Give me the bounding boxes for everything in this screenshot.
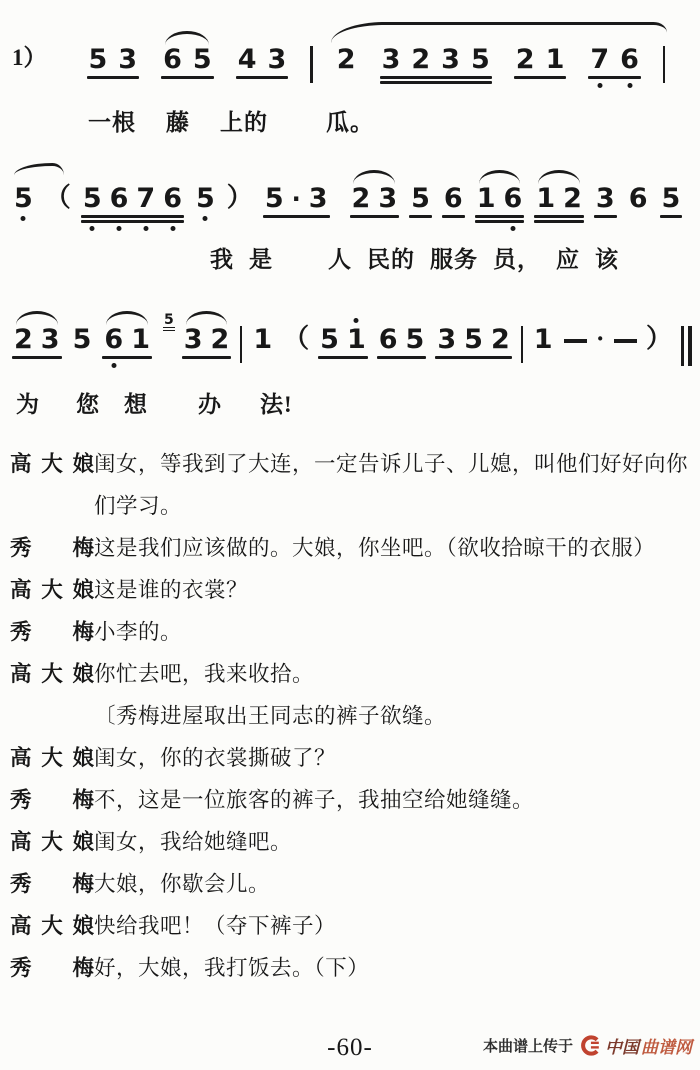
speaker-char: 秀	[10, 863, 32, 905]
note-digit: 5	[193, 46, 212, 73]
beam	[263, 215, 330, 218]
note-digit: 1	[131, 326, 150, 353]
beam	[475, 215, 525, 218]
note-group: 2	[335, 46, 358, 73]
beam	[380, 81, 492, 84]
dialogue-text: 好，大娘，我打饭去。（下）	[94, 947, 694, 989]
note-digits: 1	[532, 326, 555, 353]
note-group: 5	[660, 185, 683, 218]
note-digits: 65	[161, 46, 214, 73]
note-digits: 5	[660, 185, 683, 212]
beam	[380, 76, 492, 79]
notation-symbol: ）	[227, 185, 253, 211]
beam	[350, 215, 400, 218]
note-digit: 2	[352, 185, 371, 212]
note-digit: 5	[83, 185, 102, 212]
note-digit: 3	[382, 46, 401, 73]
speaker-char: 梅	[72, 527, 94, 569]
note-digit: 6	[629, 185, 648, 212]
speaker-char: 大	[41, 569, 63, 611]
speaker-char: 娘	[72, 569, 94, 611]
music-line: 235615321（51653521·）	[12, 326, 692, 366]
lyric-word: 藤	[166, 104, 190, 137]
note-digits: 3	[594, 185, 617, 212]
note-digit: 2	[337, 46, 356, 73]
note-digit: 1	[477, 185, 496, 212]
note-digits: 5676	[81, 185, 184, 212]
note-digit: 2	[211, 326, 230, 353]
speaker-char: 梅	[72, 779, 94, 821]
note-group: 32	[182, 326, 232, 359]
duration-dash	[614, 339, 637, 343]
barline	[521, 326, 523, 363]
note-group: 23	[12, 326, 62, 359]
note-digit: 3	[309, 185, 328, 212]
music-notation-section: 1）536543232352176一根藤上的瓜。5（56765）5·323561…	[0, 0, 700, 419]
dialogue-section: 高大娘闺女，等我到了大连，一定告诉儿子、儿媳，叫他们好好向你们学习。秀梅这是我们…	[0, 443, 700, 989]
low-octave-dot	[597, 83, 602, 88]
note-group: 352	[435, 326, 511, 359]
note-digits: 6	[627, 185, 650, 212]
note-digit: 5	[662, 185, 681, 212]
beam	[475, 220, 525, 223]
beam	[81, 220, 184, 223]
note-digit: 1	[347, 326, 366, 353]
note-digit: 5	[320, 326, 339, 353]
note-digits: 3235	[380, 46, 492, 73]
speaker-name: 秀梅	[10, 611, 94, 653]
note-digit: 2	[563, 185, 582, 212]
speaker-char: 高	[10, 905, 32, 947]
dialogue-text: 这是谁的衣裳？	[94, 569, 694, 611]
note-digits: 5	[12, 185, 35, 212]
speaker-char: 大	[41, 905, 63, 947]
dialogue-text: 〔秀梅进屋取出王同志的裤子欲缝。	[94, 695, 694, 737]
note-digit: 5	[265, 185, 284, 212]
stage-direction-row: 〔秀梅进屋取出王同志的裤子欲缝。	[10, 695, 694, 737]
note-digit: 3	[378, 185, 397, 212]
beam	[236, 76, 289, 79]
lyric-row: 我是人民的服务员，应该	[12, 241, 692, 274]
note-digits: 61	[102, 326, 152, 353]
speaker-char: 秀	[10, 527, 32, 569]
tie-arc	[14, 163, 64, 179]
low-octave-dot	[203, 216, 208, 221]
score-page: 1）536543232352176一根藤上的瓜。5（56765）5·323561…	[0, 0, 700, 1070]
notation-symbol: ）	[646, 326, 672, 352]
note-group: 61	[102, 326, 152, 359]
note-group: 5	[409, 185, 432, 218]
speaker-char: 秀	[10, 611, 32, 653]
dialogue-text: 这是我们应该做的。大娘，你坐吧。（欲收拾晾干的衣服）	[94, 527, 694, 569]
lyric-word: 是	[249, 241, 273, 274]
note-digit: 3	[437, 326, 456, 353]
note-digits: 43	[236, 46, 289, 73]
low-octave-dot	[170, 226, 175, 231]
beam	[660, 215, 683, 218]
speaker-char: 高	[10, 443, 32, 527]
note-group: 5	[71, 326, 94, 353]
speaker-name: 高大娘	[10, 905, 94, 947]
dialogue-row: 秀梅好，大娘，我打饭去。（下）	[10, 947, 694, 989]
duration-dash	[564, 339, 587, 343]
note-group: 65	[377, 326, 427, 359]
speaker-name: 高大娘	[10, 737, 94, 779]
note-digit: 5	[14, 185, 33, 212]
note-digits: 2	[335, 46, 358, 73]
dialogue-text: 你忙去吧，我来收拾。	[94, 653, 694, 695]
speaker-name: 秀梅	[10, 863, 94, 905]
note-digits: 23	[12, 326, 62, 353]
speaker-char: 秀	[10, 779, 32, 821]
low-octave-dot	[627, 83, 632, 88]
high-octave-dot	[354, 318, 359, 323]
note-group: 6	[442, 185, 465, 218]
speaker-name: 高大娘	[10, 821, 94, 863]
note-digit: 6	[379, 326, 398, 353]
speaker-name: 秀梅	[10, 527, 94, 569]
note-digit: 1	[536, 185, 555, 212]
barline	[681, 326, 685, 366]
note-group: 5·3	[263, 185, 330, 218]
beam	[161, 76, 214, 79]
note-digit: 2	[491, 326, 510, 353]
note-digit: 7	[136, 185, 155, 212]
speaker-char: 高	[10, 569, 32, 611]
dialogue-text: 闺女，等我到了大连，一定告诉儿子、儿媳，叫他们好好向你们学习。	[94, 443, 694, 527]
lyric-word: 上的	[220, 104, 268, 137]
note-digit: 3	[41, 326, 60, 353]
speaker-name: 高大娘	[10, 569, 94, 611]
speaker-char: 梅	[72, 611, 94, 653]
note-digit: 1	[534, 326, 553, 353]
beam	[534, 215, 584, 218]
beam	[409, 215, 432, 218]
verse-label: 1）	[12, 46, 47, 69]
lyric-word: 应	[556, 241, 580, 274]
note-group: 1	[251, 326, 274, 353]
note-digits: 21	[514, 46, 567, 73]
note-digit: 3	[118, 46, 137, 73]
dialogue-row: 秀梅这是我们应该做的。大娘，你坐吧。（欲收拾晾干的衣服）	[10, 527, 694, 569]
note-group: 3	[594, 185, 617, 218]
note-digits: 23	[350, 185, 400, 212]
beam	[377, 356, 427, 359]
lyric-word: 员，	[493, 241, 541, 274]
note-group: 1	[532, 326, 555, 353]
note-digit: 2	[516, 46, 535, 73]
dialogue-text: 快给我吧！（夺下裤子）	[94, 905, 694, 947]
note-digit: 5	[471, 46, 490, 73]
notation-symbol: （	[283, 326, 309, 352]
note-digit: ·	[292, 187, 301, 214]
speaker-char: 高	[10, 737, 32, 779]
beam	[318, 356, 368, 359]
note-group: 6	[627, 185, 650, 212]
low-octave-dot	[111, 363, 116, 368]
speaker-char: 秀	[10, 947, 32, 989]
speaker-char: 大	[41, 653, 63, 695]
lyric-word: 服务	[430, 241, 478, 274]
note-digit: 5	[89, 46, 108, 73]
note-digit: 5	[196, 185, 215, 212]
note-digits: 76	[588, 46, 641, 73]
music-line: 1）536543232352176	[12, 46, 692, 84]
barline	[688, 326, 692, 366]
low-octave-dot	[510, 226, 515, 231]
dialogue-row: 秀梅小李的。	[10, 611, 694, 653]
page-footer: -60- 本曲谱上传于 中国 曲谱网	[0, 1024, 700, 1066]
barline	[310, 46, 313, 83]
watermark-prefix: 本曲谱上传于	[483, 1035, 573, 1056]
low-octave-dot	[21, 216, 26, 221]
beam	[81, 215, 184, 218]
beam	[588, 76, 641, 79]
note-group: 3235	[380, 46, 492, 84]
speaker-char: 娘	[72, 821, 94, 863]
barline	[240, 326, 242, 363]
lyric-word: 瓜。	[326, 104, 374, 137]
grace-note: 5	[163, 313, 175, 331]
speaker-char: 娘	[72, 443, 94, 527]
note-digit: 2	[14, 326, 33, 353]
lyric-word: 该	[595, 241, 619, 274]
lyric-word: 您	[76, 386, 100, 419]
speaker-name: 秀梅	[10, 779, 94, 821]
speaker-char: 娘	[72, 905, 94, 947]
note-digit: 5	[411, 185, 430, 212]
beam	[534, 220, 584, 223]
note-digits: 1	[251, 326, 274, 353]
dialogue-text: 闺女，我给她缝吧。	[94, 821, 694, 863]
note-digit: 6	[163, 185, 182, 212]
note-digits: 12	[534, 185, 584, 212]
speaker-char: 梅	[72, 947, 94, 989]
notation-symbol: （	[45, 185, 71, 211]
note-digit: 5	[73, 326, 92, 353]
note-group: 5	[12, 185, 35, 212]
note-digits: 16	[475, 185, 525, 212]
note-digit: 1	[253, 326, 272, 353]
note-group: 5	[194, 185, 217, 212]
note-digit: 6	[110, 185, 129, 212]
dialogue-row: 高大娘闺女，你的衣裳撕破了？	[10, 737, 694, 779]
lyric-row: 一根藤上的瓜。	[12, 104, 692, 137]
speaker-name: 秀梅	[10, 947, 94, 989]
note-digits: 5·3	[263, 185, 330, 212]
note-digits: 352	[435, 326, 511, 353]
dialogue-text: 大娘，你歇会儿。	[94, 863, 694, 905]
speaker-char: 梅	[72, 863, 94, 905]
notation-symbol: ·	[596, 326, 605, 352]
note-digit: 6	[444, 185, 463, 212]
speaker-name	[10, 695, 94, 737]
note-digit: 3	[441, 46, 460, 73]
note-group: 23	[350, 185, 400, 218]
note-digit: 7	[590, 46, 609, 73]
note-group: 21	[514, 46, 567, 79]
lyric-word: 想	[124, 386, 148, 419]
note-digits: 53	[87, 46, 140, 73]
note-group: 16	[475, 185, 525, 223]
barline	[663, 46, 666, 83]
note-digit: 6	[104, 326, 123, 353]
dialogue-row: 高大娘你忙去吧，我来收拾。	[10, 653, 694, 695]
lyric-word: 法!	[260, 386, 293, 419]
dialogue-row: 高大娘这是谁的衣裳？	[10, 569, 694, 611]
dialogue-row: 高大娘快给我吧！（夺下裤子）	[10, 905, 694, 947]
dialogue-row: 秀梅大娘，你歇会儿。	[10, 863, 694, 905]
note-digit: 3	[267, 46, 286, 73]
note-digit: 6	[163, 46, 182, 73]
note-group: 5676	[81, 185, 184, 223]
note-digit: 2	[411, 46, 430, 73]
lyric-word: 民的	[367, 241, 415, 274]
note-digits: 5	[194, 185, 217, 212]
dialogue-text: 闺女，你的衣裳撕破了？	[94, 737, 694, 779]
watermark-site-bold: 中国	[605, 1033, 639, 1058]
music-line: 5（56765）5·323561612365	[12, 185, 692, 223]
phrase-group: 232352176	[335, 46, 641, 84]
final-barline	[681, 326, 692, 366]
beam	[12, 356, 62, 359]
note-digit: 4	[238, 46, 257, 73]
beam	[594, 215, 617, 218]
watermark: 本曲谱上传于 中国 曲谱网	[483, 1033, 692, 1058]
quppu-logo-icon	[580, 1035, 601, 1056]
low-octave-dot	[143, 226, 148, 231]
beam	[102, 356, 152, 359]
lyric-word: 办	[198, 386, 222, 419]
note-digits: 6	[442, 185, 465, 212]
watermark-site-light: 曲谱网	[641, 1033, 692, 1058]
speaker-char: 大	[41, 737, 63, 779]
note-digit: 5	[464, 326, 483, 353]
note-digit: 3	[184, 326, 203, 353]
beam	[182, 356, 232, 359]
note-group: 53	[87, 46, 140, 79]
note-group: 76	[588, 46, 641, 79]
beam	[87, 76, 140, 79]
lyric-word: 人	[328, 241, 352, 274]
speaker-char: 娘	[72, 737, 94, 779]
speaker-char: 大	[41, 821, 63, 863]
speaker-name: 高大娘	[10, 443, 94, 527]
note-group: 51	[318, 326, 368, 359]
low-octave-dot	[117, 226, 122, 231]
note-group: 12	[534, 185, 584, 223]
dialogue-text: 不，这是一位旅客的裤子，我抽空给她缝缝。	[94, 779, 694, 821]
beam	[442, 215, 465, 218]
note-digit: 3	[596, 185, 615, 212]
speaker-name: 高大娘	[10, 653, 94, 695]
dialogue-row: 秀梅不，这是一位旅客的裤子，我抽空给她缝缝。	[10, 779, 694, 821]
note-digits: 65	[377, 326, 427, 353]
speaker-char: 大	[41, 443, 63, 527]
speaker-char: 高	[10, 821, 32, 863]
dialogue-row: 高大娘闺女，我给她缝吧。	[10, 821, 694, 863]
note-digit: 5	[406, 326, 425, 353]
note-group: 65	[161, 46, 214, 79]
lyric-word: 一根	[88, 104, 136, 137]
note-group: 43	[236, 46, 289, 79]
lyric-word: 为	[16, 386, 40, 419]
note-digits: 32	[182, 326, 232, 353]
dialogue-text: 小李的。	[94, 611, 694, 653]
low-octave-dot	[90, 226, 95, 231]
beam	[435, 356, 511, 359]
speaker-char: 高	[10, 653, 32, 695]
beam	[514, 76, 567, 79]
note-digit: 6	[620, 46, 639, 73]
note-digit: 6	[504, 185, 523, 212]
lyric-row: 为您想办法!	[12, 386, 692, 419]
speaker-char: 娘	[72, 653, 94, 695]
note-digits: 5	[409, 185, 432, 212]
dialogue-row: 高大娘闺女，等我到了大连，一定告诉儿子、儿媳，叫他们好好向你们学习。	[10, 443, 694, 527]
note-digits: 51	[318, 326, 368, 353]
note-digits: 5	[71, 326, 94, 353]
note-digit: 1	[546, 46, 565, 73]
lyric-word: 我	[210, 241, 234, 274]
watermark-site: 中国 曲谱网	[580, 1033, 692, 1058]
